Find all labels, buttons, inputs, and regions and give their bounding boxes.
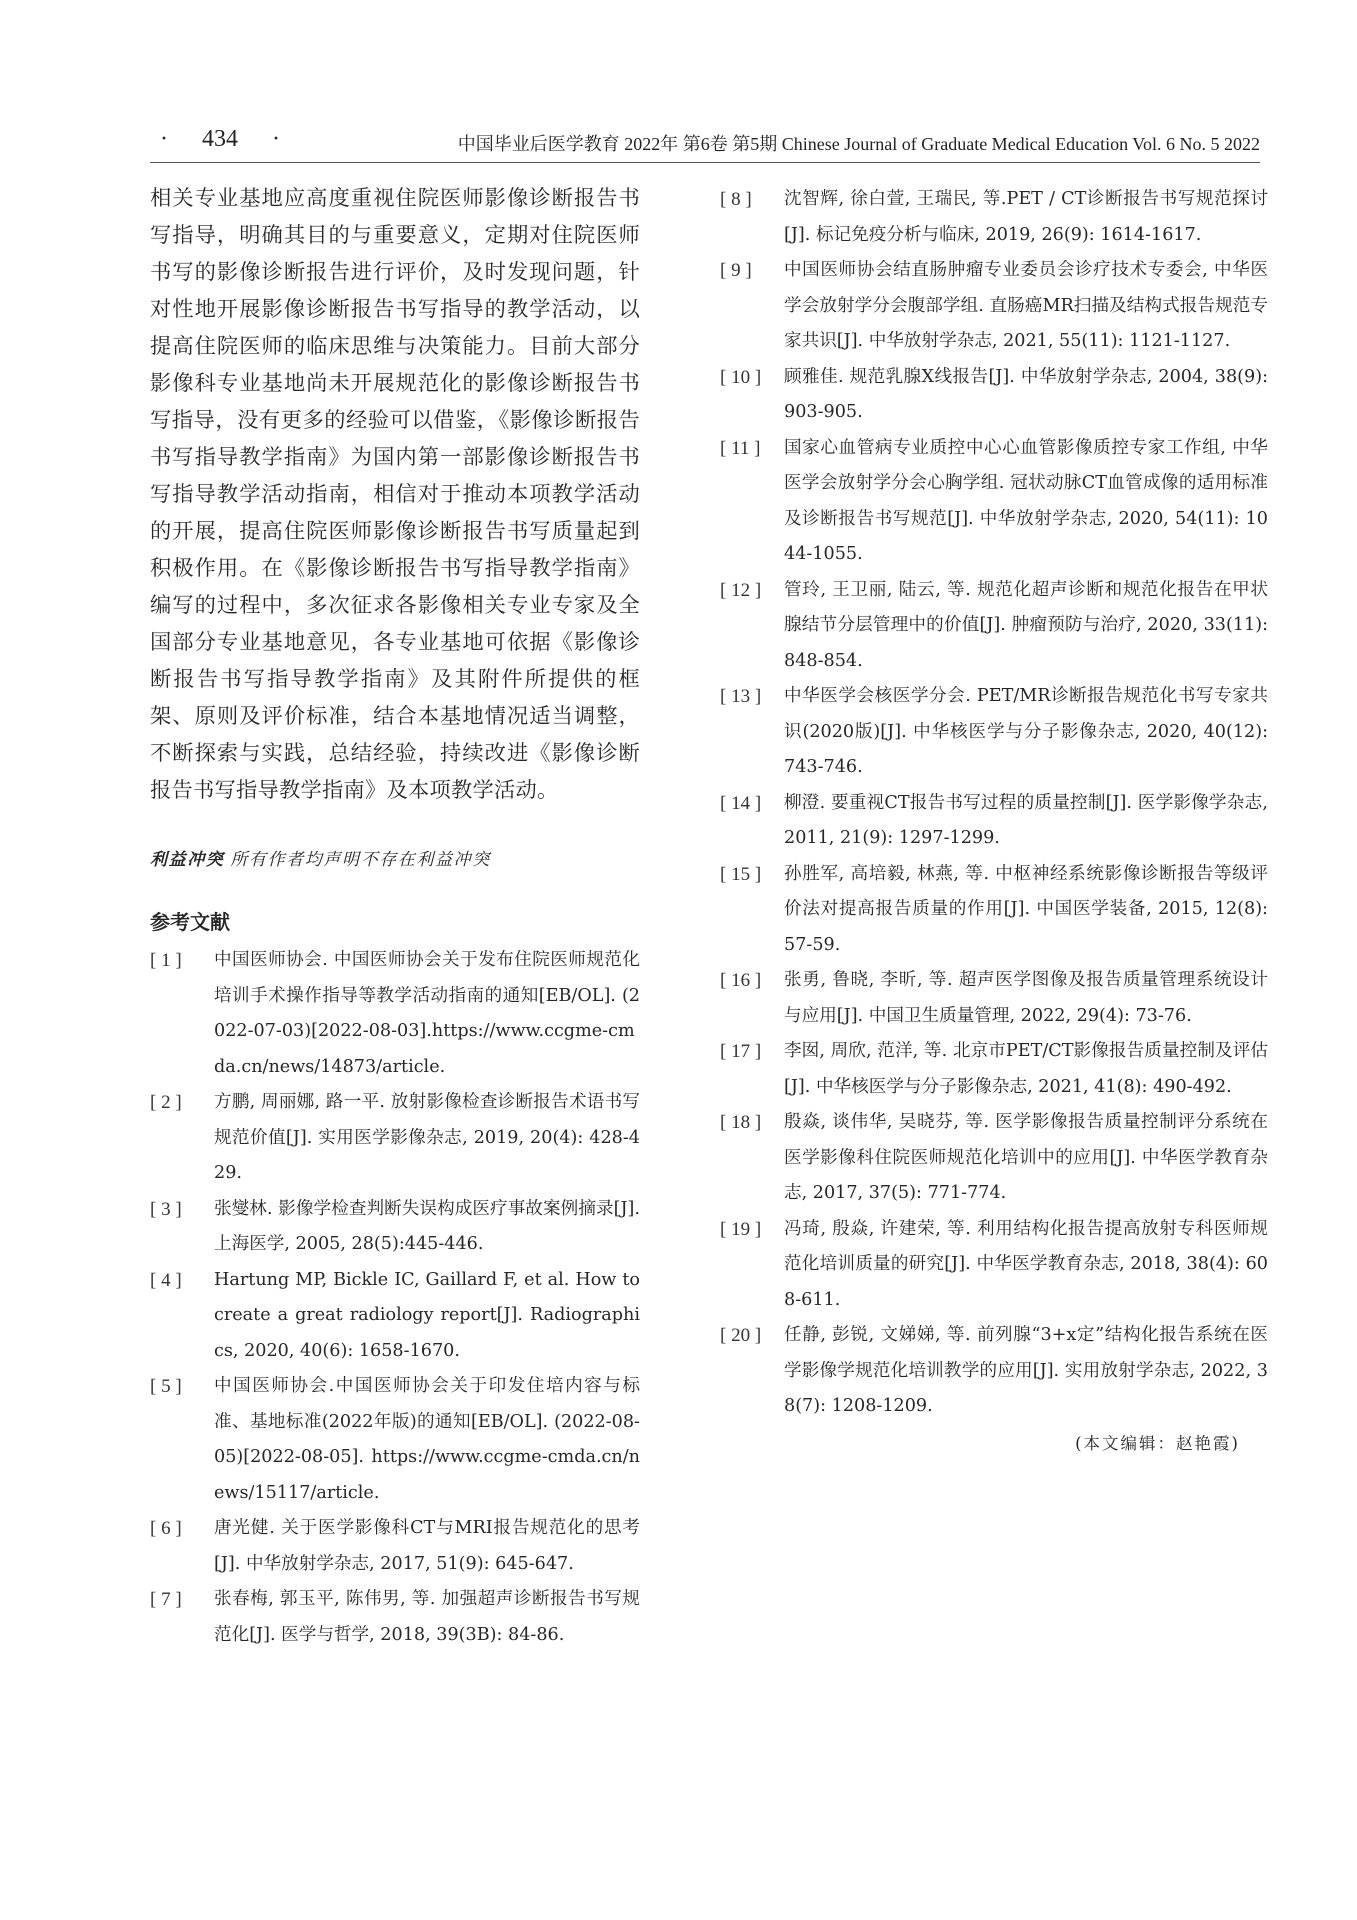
journal-citation: 中国毕业后医学教育 2022年 第6卷 第5期 Chinese Journal … <box>458 130 1260 156</box>
reference-text: 张勇, 鲁晓, 李昕, 等. 超声医学图像及报告质量管理系统设计与应用[J]. … <box>784 963 1268 1034</box>
reference-item-2: [ 2 ]方鹏, 周丽娜, 路一平. 放射影像检查诊断报告术语书写规范价值[J]… <box>150 1085 640 1192</box>
reference-item-18: [ 18 ]殷焱, 谈伟华, 吴晓芬, 等. 医学影像报告质量控制评分系统在医学… <box>720 1105 1268 1212</box>
reference-text: 李囡, 周欣, 范洋, 等. 北京市PET/CT影像报告质量控制及评估[J]. … <box>784 1034 1268 1105</box>
reference-number: [ 19 ] <box>720 1212 784 1248</box>
reference-item-10: [ 10 ]顾雅佳. 规范乳腺X线报告[J]. 中华放射学杂志, 2004, 3… <box>720 360 1268 431</box>
page-number-block: ·434· <box>150 126 290 153</box>
reference-text: 柳澄. 要重视CT报告书写过程的质量控制[J]. 医学影像学杂志, 2011, … <box>784 786 1268 857</box>
reference-number: [ 20 ] <box>720 1318 784 1354</box>
coi-text: 所有作者均声明不存在利益冲突 <box>230 850 490 870</box>
reference-item-16: [ 16 ]张勇, 鲁晓, 李昕, 等. 超声医学图像及报告质量管理系统设计与应… <box>720 963 1268 1034</box>
reference-number: [ 1 ] <box>150 943 214 979</box>
references-title: 参考文献 <box>150 907 640 937</box>
reference-text: 唐光健. 关于医学影像科CT与MRI报告规范化的思考[J]. 中华放射学杂志, … <box>214 1511 640 1582</box>
reference-item-9: [ 9 ]中国医师协会结直肠肿瘤专业委员会诊疗技术专委会, 中华医学会放射学分会… <box>720 253 1268 360</box>
reference-number: [ 15 ] <box>720 857 784 893</box>
reference-text: 冯琦, 殷焱, 许建荣, 等. 利用结构化报告提高放射专科医师规范化培训质量的研… <box>784 1212 1268 1319</box>
bullet-left: · <box>150 126 178 153</box>
reference-list-right: [ 8 ]沈智辉, 徐白萱, 王瑞民, 等.PET / CT诊断报告书写规范探讨… <box>720 182 1268 1425</box>
reference-text: 殷焱, 谈伟华, 吴晓芬, 等. 医学影像报告质量控制评分系统在医学影像科住院医… <box>784 1105 1268 1212</box>
reference-number: [ 13 ] <box>720 679 784 715</box>
reference-number: [ 12 ] <box>720 573 784 609</box>
reference-text: 管玲, 王卫丽, 陆云, 等. 规范化超声诊断和规范化报告在甲状腺结节分层管理中… <box>784 573 1268 680</box>
left-column: 相关专业基地应高度重视住院医师影像诊断报告书写指导，明确其目的与重要意义，定期对… <box>150 180 640 1653</box>
coi-label: 利益冲突 <box>150 850 224 870</box>
reference-number: [ 3 ] <box>150 1192 214 1228</box>
reference-item-17: [ 17 ]李囡, 周欣, 范洋, 等. 北京市PET/CT影像报告质量控制及评… <box>720 1034 1268 1105</box>
conflict-of-interest: 利益冲突所有作者均声明不存在利益冲突 <box>150 847 640 873</box>
reference-number: [ 17 ] <box>720 1034 784 1070</box>
reference-item-11: [ 11 ]国家心血管病专业质控中心心血管影像质控专家工作组, 中华医学会放射学… <box>720 431 1268 573</box>
reference-number: [ 10 ] <box>720 360 784 396</box>
reference-item-20: [ 20 ]任静, 彭锐, 文娣娣, 等. 前列腺“3+x定”结构化报告系统在医… <box>720 1318 1268 1425</box>
reference-text: 中国医师协会结直肠肿瘤专业委员会诊疗技术专委会, 中华医学会放射学分会腹部学组.… <box>784 253 1268 360</box>
reference-text: 中国医师协会.中国医师协会关于印发住培内容与标准、基地标准(2022年版)的通知… <box>214 1369 640 1511</box>
reference-item-3: [ 3 ]张燮林. 影像学检查判断失误构成医疗事故案例摘录[J]. 上海医学, … <box>150 1192 640 1263</box>
reference-item-13: [ 13 ]中华医学会核医学分会. PET/MR诊断报告规范化书写专家共识(20… <box>720 679 1268 786</box>
reference-number: [ 14 ] <box>720 786 784 822</box>
reference-item-14: [ 14 ]柳澄. 要重视CT报告书写过程的质量控制[J]. 医学影像学杂志, … <box>720 786 1268 857</box>
reference-number: [ 8 ] <box>720 182 784 218</box>
reference-item-12: [ 12 ]管玲, 王卫丽, 陆云, 等. 规范化超声诊断和规范化报告在甲状腺结… <box>720 573 1268 680</box>
reference-number: [ 18 ] <box>720 1105 784 1141</box>
reference-text: 沈智辉, 徐白萱, 王瑞民, 等.PET / CT诊断报告书写规范探讨[J]. … <box>784 182 1268 253</box>
reference-item-5: [ 5 ]中国医师协会.中国医师协会关于印发住培内容与标准、基地标准(2022年… <box>150 1369 640 1511</box>
reference-item-4: [ 4 ]Hartung MP, Bickle IC, Gaillard F, … <box>150 1263 640 1370</box>
bullet-right: · <box>262 126 290 153</box>
reference-number: [ 2 ] <box>150 1085 214 1121</box>
reference-number: [ 4 ] <box>150 1263 214 1299</box>
reference-text: 方鹏, 周丽娜, 路一平. 放射影像检查诊断报告术语书写规范价值[J]. 实用医… <box>214 1085 640 1192</box>
reference-number: [ 16 ] <box>720 963 784 999</box>
reference-text: Hartung MP, Bickle IC, Gaillard F, et al… <box>214 1263 640 1370</box>
reference-text: 中国医师协会. 中国医师协会关于发布住院医师规范化培训手术操作指导等教学活动指南… <box>214 943 640 1085</box>
reference-text: 国家心血管病专业质控中心心血管影像质控专家工作组, 中华医学会放射学分会心胸学组… <box>784 431 1268 573</box>
page-number: 434 <box>178 126 262 153</box>
reference-item-6: [ 6 ]唐光健. 关于医学影像科CT与MRI报告规范化的思考[J]. 中华放射… <box>150 1511 640 1582</box>
reference-number: [ 6 ] <box>150 1511 214 1547</box>
reference-number: [ 9 ] <box>720 253 784 289</box>
reference-text: 顾雅佳. 规范乳腺X线报告[J]. 中华放射学杂志, 2004, 38(9): … <box>784 360 1268 431</box>
editor-note: (本文编辑：赵艳霞) <box>720 1429 1268 1459</box>
reference-item-19: [ 19 ]冯琦, 殷焱, 许建荣, 等. 利用结构化报告提高放射专科医师规范化… <box>720 1212 1268 1319</box>
reference-item-7: [ 7 ]张春梅, 郭玉平, 陈伟男, 等. 加强超声诊断报告书写规范化[J].… <box>150 1582 640 1653</box>
reference-text: 孙胜军, 高培毅, 林燕, 等. 中枢神经系统影像诊断报告等级评价法对提高报告质… <box>784 857 1268 964</box>
reference-text: 张春梅, 郭玉平, 陈伟男, 等. 加强超声诊断报告书写规范化[J]. 医学与哲… <box>214 1582 640 1653</box>
right-column: [ 8 ]沈智辉, 徐白萱, 王瑞民, 等.PET / CT诊断报告书写规范探讨… <box>720 182 1268 1459</box>
reference-item-1: [ 1 ]中国医师协会. 中国医师协会关于发布住院医师规范化培训手术操作指导等教… <box>150 943 640 1085</box>
body-paragraph: 相关专业基地应高度重视住院医师影像诊断报告书写指导，明确其目的与重要意义，定期对… <box>150 180 640 809</box>
running-header: ·434· 中国毕业后医学教育 2022年 第6卷 第5期 Chinese Jo… <box>150 122 1260 163</box>
reference-text: 中华医学会核医学分会. PET/MR诊断报告规范化书写专家共识(2020版)[J… <box>784 679 1268 786</box>
reference-item-15: [ 15 ]孙胜军, 高培毅, 林燕, 等. 中枢神经系统影像诊断报告等级评价法… <box>720 857 1268 964</box>
reference-text: 张燮林. 影像学检查判断失误构成医疗事故案例摘录[J]. 上海医学, 2005,… <box>214 1192 640 1263</box>
reference-number: [ 7 ] <box>150 1582 214 1618</box>
reference-list-left: [ 1 ]中国医师协会. 中国医师协会关于发布住院医师规范化培训手术操作指导等教… <box>150 943 640 1653</box>
reference-number: [ 5 ] <box>150 1369 214 1405</box>
reference-item-8: [ 8 ]沈智辉, 徐白萱, 王瑞民, 等.PET / CT诊断报告书写规范探讨… <box>720 182 1268 253</box>
reference-text: 任静, 彭锐, 文娣娣, 等. 前列腺“3+x定”结构化报告系统在医学影像学规范… <box>784 1318 1268 1425</box>
reference-number: [ 11 ] <box>720 431 784 467</box>
